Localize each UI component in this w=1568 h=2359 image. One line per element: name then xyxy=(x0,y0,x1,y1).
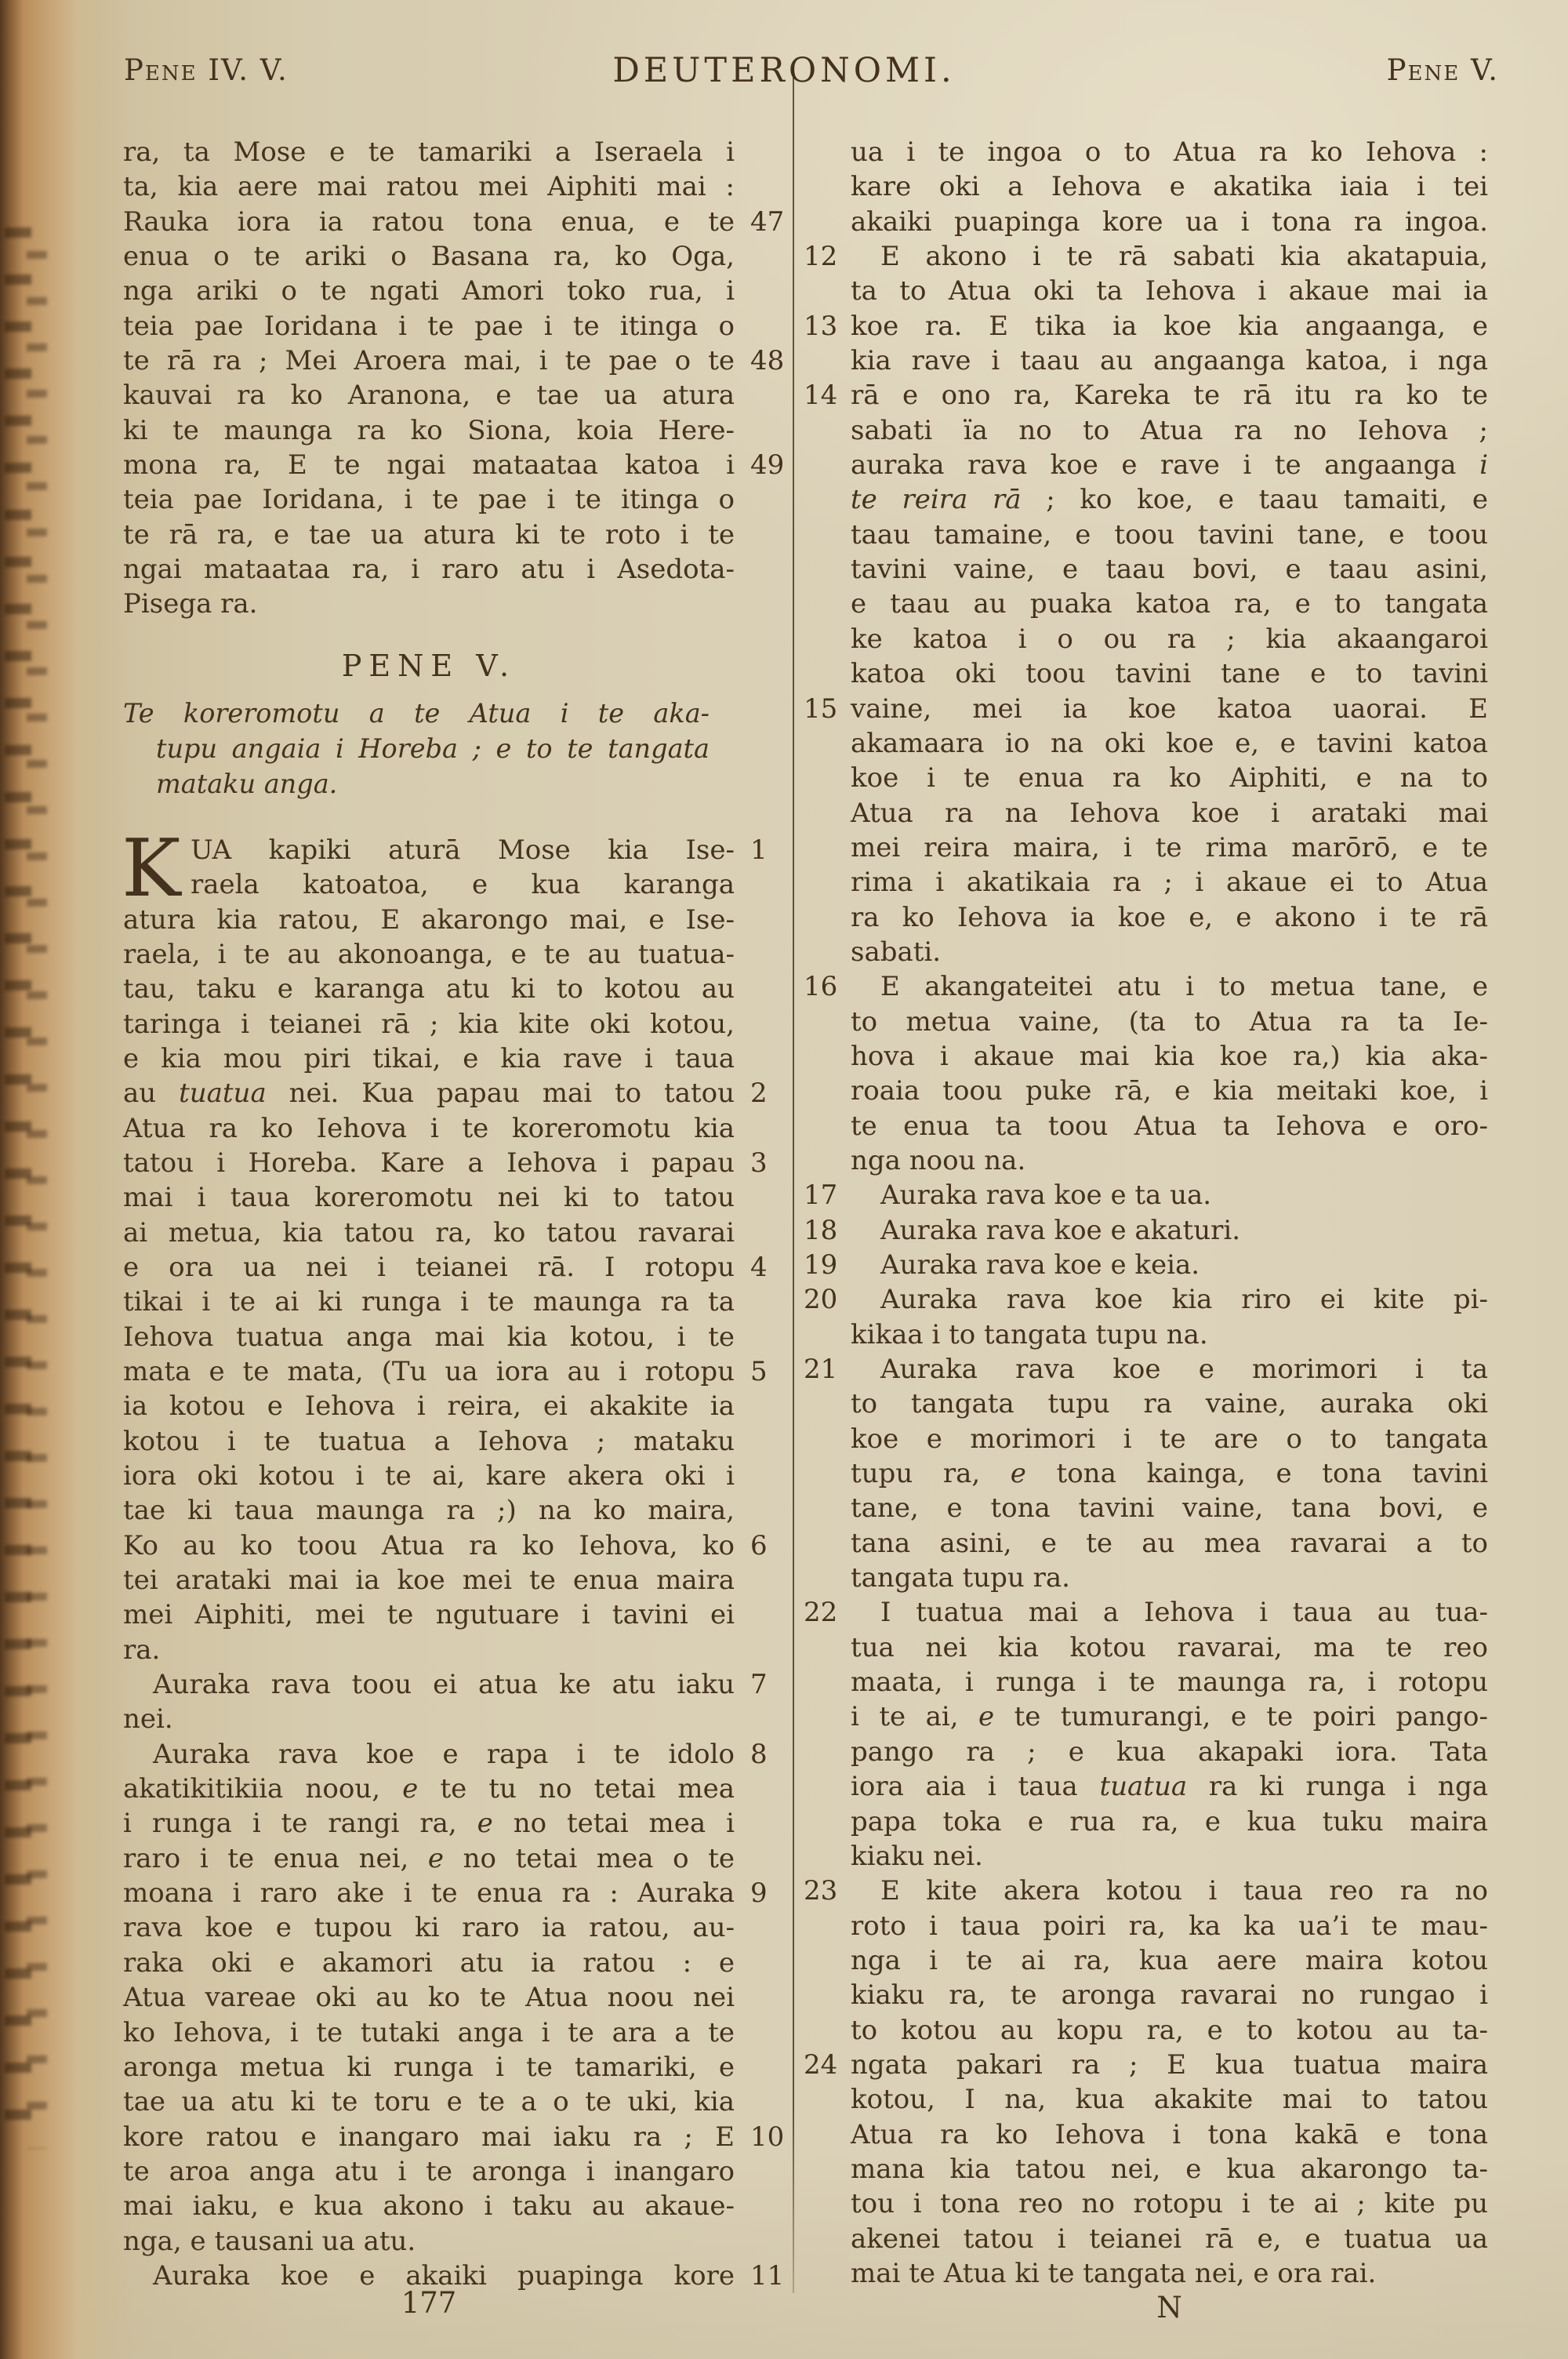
text-line: akatikitikiia noou, e te tu no tetai mea xyxy=(123,1772,735,1806)
verse-number: 10 xyxy=(750,2120,797,2154)
text-line: nga i te ai ra, kua aere maira kotou xyxy=(851,1943,1488,1978)
text-line: Atua ra ko Iehova i te koreromotu kia xyxy=(123,1111,735,1146)
line-text: tua nei kia kotou ravarai, ma te reo xyxy=(851,1632,1488,1663)
text-line: roaia toou puke rā, e kia meitaki koe, i xyxy=(851,1074,1488,1108)
text-line: koe i te enua ra ko Aiphiti, e na to xyxy=(851,761,1488,795)
line-text: tangata tupu ra. xyxy=(851,1562,1070,1594)
verse-number: 1 xyxy=(750,833,797,867)
line-text: ia kotou e Iehova i reira, ei akakite ia xyxy=(123,1390,735,1422)
verse-number: 8 xyxy=(750,1737,797,1772)
text-line: kotou, I na, kua akakite mai to tatou xyxy=(851,2082,1488,2117)
text-line: ia kotou e Iehova i reira, ei akakite ia xyxy=(123,1389,735,1423)
line-text: koe e morimori i te are o to tangata xyxy=(851,1423,1488,1455)
verse-number: 22 xyxy=(804,1595,840,1630)
line-text: raka oki e akamori atu ia ratou : e xyxy=(123,1947,735,1979)
text-line: rima i akatikaia ra ; i akaue ei to Atua xyxy=(851,865,1488,900)
line-text: E kite akera kotou i taua reo ra no xyxy=(851,1875,1488,1906)
verse-number: 23 xyxy=(804,1874,840,1908)
line-text: nga i te ai ra, kua aere maira kotou xyxy=(851,1945,1488,1976)
text-line: raka oki e akamori atu ia ratou : e xyxy=(123,1946,735,1980)
line-text: Auraka rava koe e rapa i te idolo xyxy=(123,1739,735,1770)
line-text: kare oki a Iehova e akatika iaia i tei xyxy=(851,171,1488,202)
line-text: atura kia ratou, E akarongo mai, e Ise- xyxy=(123,904,735,936)
text-line: maata, i runga i te maunga ra, i rotopu xyxy=(851,1665,1488,1699)
text-line: 1KUA kapiki aturā Mose kia Ise- xyxy=(123,833,735,867)
text-line: 23E kite akera kotou i taua reo ra no xyxy=(851,1874,1488,1908)
text-line: 7Auraka rava toou ei atua ke atu iaku xyxy=(123,1667,735,1702)
text-line: tau, taku e karanga atu ki to kotou au xyxy=(123,972,735,1006)
text-line: 12E akono i te rā sabati kia akatapuia, xyxy=(851,239,1488,274)
line-text: Atua ra ko Iehova i tona kakā e tona xyxy=(851,2119,1488,2150)
verse-number: 4 xyxy=(750,1250,797,1285)
text-line: tupu ra, e tona kainga, e tona tavini xyxy=(851,1456,1488,1491)
line-text: kotou, I na, kua akakite mai to tatou xyxy=(851,2084,1488,2115)
text-line: 18Auraka rava koe e akaturi. xyxy=(851,1213,1488,1248)
text-line: tei arataki mai ia koe mei te enua maira xyxy=(123,1563,735,1598)
line-text: mata e te mata, (Tu ua iora au i rotopu xyxy=(123,1356,735,1387)
verse-number: 48 xyxy=(750,343,797,378)
text-line: taringa i teianei rā ; kia kite oki koto… xyxy=(123,1007,735,1041)
line-text: E akono i te rā sabati kia akatapuia, xyxy=(851,241,1488,272)
line-text: papa toka e rua ra, e kua tuku maira xyxy=(851,1806,1488,1837)
line-text: UA kapiki aturā Mose kia Ise- xyxy=(191,834,735,866)
text-line: kiaku ra, te aronga ravarai no rungao i xyxy=(851,1978,1488,2012)
line-text: enua o te ariki o Basana ra, ko Oga, xyxy=(123,241,735,272)
line-text: ai metua, kia tatou ra, ko tatou ravarai xyxy=(123,1217,735,1249)
line-text: kikaa i to tangata tupu na. xyxy=(851,1319,1208,1350)
text-line: 6Ko au ko toou Atua ra ko Iehova, ko xyxy=(123,1528,735,1563)
line-text: te reira rā ; ko koe, e taau tamaiti, e xyxy=(851,484,1488,515)
line-text: E akangateitei atu i to metua tane, e xyxy=(851,971,1488,1002)
text-line: hova i akaue mai kia koe ra,) kia aka- xyxy=(851,1039,1488,1074)
line-text: e taau au puaka katoa ra, e to tangata xyxy=(851,588,1488,620)
line-text: teia pae Ioridana i te pae i te itinga o xyxy=(123,311,735,342)
text-line: 17Auraka rava koe e ta ua. xyxy=(851,1178,1488,1212)
text-line: 14rā e ono ra, Kareka te rā itu ra ko te xyxy=(851,378,1488,413)
text-line: kia rave i taau au angaanga katoa, i nga xyxy=(851,343,1488,378)
line-text: nga, e tausani ua atu. xyxy=(123,2226,416,2257)
line-text: to metua vaine, (ta to Atua ra ta Ie- xyxy=(851,1006,1488,1038)
chapter-subtitle-line: tupu angaia i Horeba ; e to te tangata xyxy=(123,731,710,766)
printer-signature-mark: N xyxy=(851,2288,1488,2328)
text-line: ra. xyxy=(123,1633,735,1667)
line-text: Pisega ra. xyxy=(123,588,258,620)
line-text: rā e ono ra, Kareka te rā itu ra ko te xyxy=(851,380,1488,411)
line-text: raela, i te au akonoanga, e te au tuatua… xyxy=(123,939,735,970)
line-text: ta to Atua oki ta Iehova i akaue mai ia xyxy=(851,275,1488,307)
line-text: tou i tona reo no rotopu i te ai ; kite … xyxy=(851,2188,1488,2219)
text-line: to kotou au kopu ra, e to kotou au ta- xyxy=(851,2013,1488,2048)
text-line: e taau au puaka katoa ra, e to tangata xyxy=(851,587,1488,621)
text-line: 21Auraka rava koe e morimori i ta xyxy=(851,1352,1488,1387)
text-line: 2au tuatua nei. Kua papau mai to tatou xyxy=(123,1076,735,1110)
text-line: teia pae Ioridana, i te pae i te itinga … xyxy=(123,482,735,517)
line-text: rima i akatikaia ra ; i akaue ei to Atua xyxy=(851,867,1488,898)
verse-number: 9 xyxy=(750,1876,797,1910)
line-text: hova i akaue mai kia koe ra,) kia aka- xyxy=(851,1041,1488,1072)
verse-number: 21 xyxy=(804,1352,840,1387)
text-line: tae ki taua maunga ra ;) na ko maira, xyxy=(123,1493,735,1528)
text-line: e kia mou piri tikai, e kia rave i taua xyxy=(123,1041,735,1076)
text-line: roto i taua poiri ra, ka ka ua’i te mau- xyxy=(851,1909,1488,1943)
line-text: aronga metua ki runga i te tamariki, e xyxy=(123,2052,735,2083)
text-line: sabati ïa no to Atua ra no Iehova ; xyxy=(851,413,1488,448)
verse-number: 2 xyxy=(750,1076,797,1110)
line-text: Ko au ko toou Atua ra ko Iehova, ko xyxy=(123,1530,735,1561)
text-line: nga noou na. xyxy=(851,1143,1488,1178)
line-text: i te ai, e te tumurangi, e te poiri pang… xyxy=(851,1701,1488,1732)
text-line: mei reira maira, i te rima marōrō, e te xyxy=(851,831,1488,865)
text-line: taau tamaine, e toou tavini tane, e toou xyxy=(851,518,1488,552)
line-text: maata, i runga i te maunga ra, i rotopu xyxy=(851,1667,1488,1698)
line-text: i runga i te rangi ra, e no tetai mea i xyxy=(123,1808,735,1839)
line-text: ngai mataataa ra, i raro atu i Asedota- xyxy=(123,554,735,585)
line-text: teia pae Ioridana, i te pae i te itinga … xyxy=(123,484,735,515)
page-number: 177 xyxy=(123,2284,735,2323)
line-text: akaiki puapinga kore ua i tona ra ingoa. xyxy=(851,206,1488,238)
text-line: koe e morimori i te are o to tangata xyxy=(851,1422,1488,1456)
text-line: 9moana i raro ake i te enua ra : Auraka xyxy=(123,1876,735,1910)
text-line: ke katoa i o ou ra ; kia akaangaroi xyxy=(851,622,1488,656)
running-header-right: Pene V. xyxy=(1387,45,1499,96)
text-line: Atua ra na Iehova koe i arataki mai xyxy=(851,796,1488,831)
line-text: tavini vaine, e taau bovi, e taau asini, xyxy=(851,554,1488,585)
chapter-heading: PENE V. xyxy=(123,636,735,696)
text-line: nei. xyxy=(123,1702,735,1736)
text-line: i runga i te rangi ra, e no tetai mea i xyxy=(123,1806,735,1841)
line-text: koe i te enua ra ko Aiphiti, e na to xyxy=(851,762,1488,794)
line-text: Auraka rava koe e morimori i ta xyxy=(851,1354,1488,1385)
text-line: tou i tona reo no rotopu i te ai ; kite … xyxy=(851,2186,1488,2221)
line-text: ki te maunga ra ko Siona, koia Here- xyxy=(123,415,735,446)
line-text: kotou i te tuatua a Iehova ; mataku xyxy=(123,1426,735,1457)
text-line: mai te Atua ki te tangata nei, e ora rai… xyxy=(851,2256,1488,2291)
verse-number: 47 xyxy=(750,205,797,239)
text-line: ko Iehova, i te tutaki anga i te ara a t… xyxy=(123,2016,735,2050)
text-line: ai metua, kia tatou ra, ko tatou ravarai xyxy=(123,1216,735,1250)
line-text: tana asini, e te au mea ravarai a to xyxy=(851,1528,1488,1559)
line-text: Auraka rava koe e akaturi. xyxy=(851,1215,1240,1246)
verse-number: 12 xyxy=(804,239,840,274)
text-line: atura kia ratou, E akarongo mai, e Ise- xyxy=(123,903,735,937)
line-text: pango ra ; e kua akapaki iora. Tata xyxy=(851,1736,1488,1768)
verse-number: 11 xyxy=(750,2259,797,2293)
text-line: tane, e tona tavini vaine, tana bovi, e xyxy=(851,1491,1488,1525)
text-line: mai iaku, e kua akono i taku au akaue- xyxy=(123,2189,735,2223)
verse-number: 19 xyxy=(804,1248,840,1282)
text-line: mana kia tatou nei, e kua akarongo ta- xyxy=(851,2152,1488,2186)
line-text: Atua ra na Iehova koe i arataki mai xyxy=(851,798,1488,829)
text-line: raela, i te au akonoanga, e te au tuatua… xyxy=(123,937,735,972)
text-line: 22I tuatua mai a Iehova i taua au tua- xyxy=(851,1595,1488,1630)
page-gutter-edge xyxy=(0,0,133,2359)
line-text: mei reira maira, i te rima marōrō, e te xyxy=(851,832,1488,863)
line-text: iora oki kotou i te ai, kare akera oki i xyxy=(123,1460,735,1492)
line-text: ko Iehova, i te tutaki anga i te ara a t… xyxy=(123,2017,735,2048)
text-line: ra ko Iehova ia koe e, e akono i te rā xyxy=(851,900,1488,935)
line-text: nei. xyxy=(123,1703,173,1735)
line-text: katoa oki toou tavini tane e to tavini xyxy=(851,658,1488,689)
line-text: taringa i teianei rā ; kia kite oki koto… xyxy=(123,1009,735,1040)
verse-number: 7 xyxy=(750,1667,797,1702)
book-page-scan: Pene IV. V. DEUTERONOMI. Pene V. ra, ta … xyxy=(0,0,1568,2359)
text-line: rava koe e tupou ki raro ia ratou, au- xyxy=(123,1910,735,1945)
line-text: I tuatua mai a Iehova i taua au tua- xyxy=(851,1597,1488,1628)
verse-number: 49 xyxy=(750,448,797,482)
text-line: ua i te ingoa o to Atua ra ko Iehova : xyxy=(851,135,1488,169)
text-line: kare oki a Iehova e akatika iaia i tei xyxy=(851,169,1488,204)
verse-number: 24 xyxy=(804,2048,840,2082)
line-text: akamaara io na oki koe e, e tavini katoa xyxy=(851,728,1488,759)
verse-number: 14 xyxy=(804,378,840,413)
verse-number: 5 xyxy=(750,1354,797,1389)
line-text: ra, ta Mose e te tamariki a Iseraela i xyxy=(123,136,735,168)
text-line: mai i taua koreromotu nei ki to tatou xyxy=(123,1180,735,1215)
line-text: Rauka iora ia ratou tona enua, e te xyxy=(123,206,735,238)
line-text: tatou i Horeba. Kare a Iehova i papau xyxy=(123,1147,735,1179)
text-line: nga, e tausani ua atu. xyxy=(123,2224,735,2259)
text-line: iora aia i taua tuatua ra ki runga i nga xyxy=(851,1769,1488,1804)
text-line: ngai mataataa ra, i raro atu i Asedota- xyxy=(123,552,735,587)
text-line: kiaku nei. xyxy=(851,1839,1488,1874)
line-text: te enua ta toou Atua ta Iehova e oro- xyxy=(851,1110,1488,1142)
line-text: Iehova tuatua anga mai kia kotou, i te xyxy=(123,1321,735,1353)
text-line: raela katoatoa, e kua karanga xyxy=(123,867,735,902)
line-text: te aroa anga atu i te aronga i inangaro xyxy=(123,2156,735,2187)
text-line: nga ariki o te ngati Amori toko rua, i xyxy=(123,274,735,308)
line-text: tane, e tona tavini vaine, tana bovi, e xyxy=(851,1492,1488,1524)
text-line: i te ai, e te tumurangi, e te poiri pang… xyxy=(851,1699,1488,1734)
text-line: tua nei kia kotou ravarai, ma te reo xyxy=(851,1630,1488,1665)
text-line: aronga metua ki runga i te tamariki, e xyxy=(123,2050,735,2085)
text-line: 48te rā ra ; Mei Aroera mai, i te pae o … xyxy=(123,343,735,378)
text-line: mei Aiphiti, mei te ngutuare i tavini ei xyxy=(123,1598,735,1632)
text-line: Pisega ra. xyxy=(123,587,735,621)
verse-number: 15 xyxy=(804,692,840,726)
line-text: sabati. xyxy=(851,936,941,968)
line-text: Auraka rava koe e keia. xyxy=(851,1249,1200,1281)
chapter-subtitle-line: mataku anga. xyxy=(123,766,710,801)
line-text: Auraka rava toou ei atua ke atu iaku xyxy=(123,1669,735,1700)
text-line: pango ra ; e kua akapaki iora. Tata xyxy=(851,1735,1488,1769)
line-text: mai i taua koreromotu nei ki to tatou xyxy=(123,1182,735,1213)
line-text: Auraka rava koe e ta ua. xyxy=(851,1179,1211,1211)
text-line: 16E akangateitei atu i to metua tane, e xyxy=(851,969,1488,1004)
text-line: tana asini, e te au mea ravarai a to xyxy=(851,1526,1488,1561)
text-line: te rā ra, e tae ua atura ki te roto i te xyxy=(123,518,735,552)
line-text: te rā ra ; Mei Aroera mai, i te pae o te xyxy=(123,345,735,376)
text-line: 24ngata pakari ra ; E kua tuatua maira xyxy=(851,2048,1488,2082)
line-text: Auraka rava koe kia riro ei kite pi- xyxy=(851,1284,1488,1315)
line-text: Atua vareae oki au ko te Atua noou nei xyxy=(123,1982,735,2013)
line-text: nga ariki o te ngati Amori toko rua, i xyxy=(123,275,735,307)
line-text: raro i te enua nei, e no tetai mea o te xyxy=(123,1843,735,1874)
line-text: te rā ra, e tae ua atura ki te roto i te xyxy=(123,519,735,551)
text-line: Iehova tuatua anga mai kia kotou, i te xyxy=(123,1320,735,1354)
text-line: te enua ta toou Atua ta Iehova e oro- xyxy=(851,1109,1488,1143)
line-text: e kia mou piri tikai, e kia rave i taua xyxy=(123,1043,735,1074)
line-text: roaia toou puke rā, e kia meitaki koe, i xyxy=(851,1075,1488,1107)
text-line: 47Rauka iora ia ratou tona enua, e te xyxy=(123,205,735,239)
line-text: ke katoa i o ou ra ; kia akaangaroi xyxy=(851,623,1488,655)
verse-number: 20 xyxy=(804,1282,840,1317)
line-text: akenei tatou i teianei rā e, e tuatua ua xyxy=(851,2223,1488,2255)
line-text: taau tamaine, e toou tavini tane, e toou xyxy=(851,519,1488,551)
line-text: kore ratou e inangaro mai iaku ra ; E xyxy=(123,2121,735,2153)
line-text: kia rave i taau au angaanga katoa, i nga xyxy=(851,345,1488,376)
text-line: Atua vareae oki au ko te Atua noou nei xyxy=(123,1980,735,2015)
line-text: kiaku nei. xyxy=(851,1841,983,1872)
verse-number: 18 xyxy=(804,1213,840,1248)
line-text: mai te Atua ki te tangata nei, e ora rai… xyxy=(851,2258,1376,2289)
text-line: te aroa anga atu i te aronga i inangaro xyxy=(123,2154,735,2189)
line-text: mana kia tatou nei, e kua akarongo ta- xyxy=(851,2154,1488,2185)
line-text: kauvai ra ko Aranona, e tae ua atura xyxy=(123,380,735,411)
text-line: ta, kia aere mai ratou mei Aiphiti mai : xyxy=(123,169,735,204)
text-line: tikai i te ai ki runga i te maunga ra ta xyxy=(123,1285,735,1319)
line-text: akatikitikiia noou, e te tu no tetai mea xyxy=(123,1773,735,1805)
text-line: papa toka e rua ra, e kua tuku maira xyxy=(851,1805,1488,1839)
text-line: 3tatou i Horeba. Kare a Iehova i papau xyxy=(123,1146,735,1180)
text-line: 49mona ra, E te ngai mataataa katoa i xyxy=(123,448,735,482)
text-line: akamaara io na oki koe e, e tavini katoa xyxy=(851,726,1488,761)
text-line: ta to Atua oki ta Iehova i akaue mai ia xyxy=(851,274,1488,308)
line-text: tau, taku e karanga atu ki to kotou au xyxy=(123,973,735,1005)
text-line: akaiki puapinga kore ua i tona ra ingoa. xyxy=(851,205,1488,239)
text-line: akenei tatou i teianei rā e, e tuatua ua xyxy=(851,2222,1488,2256)
line-text: mei Aiphiti, mei te ngutuare i tavini ei xyxy=(123,1599,735,1630)
text-line: tavini vaine, e taau bovi, e taau asini, xyxy=(851,552,1488,587)
text-line: iora oki kotou i te ai, kare akera oki i xyxy=(123,1459,735,1493)
text-line: 20Auraka rava koe kia riro ei kite pi- xyxy=(851,1282,1488,1317)
line-text: ra ko Iehova ia koe e, e akono i te rā xyxy=(851,902,1488,933)
line-text: vaine, mei ia koe katoa uaorai. E xyxy=(851,693,1488,725)
text-line: 10kore ratou e inangaro mai iaku ra ; E xyxy=(123,2120,735,2154)
line-text: to tangata tupu ra vaine, auraka oki xyxy=(851,1388,1488,1419)
text-line: 5mata e te mata, (Tu ua iora au i rotopu xyxy=(123,1354,735,1389)
line-text: mona ra, E te ngai mataataa katoa i xyxy=(123,449,735,481)
text-line: te reira rā ; ko koe, e taau tamaiti, e xyxy=(851,482,1488,517)
text-line: to metua vaine, (ta to Atua ra ta Ie- xyxy=(851,1005,1488,1039)
text-line: enua o te ariki o Basana ra, ko Oga, xyxy=(123,239,735,274)
running-header: Pene IV. V. DEUTERONOMI. Pene V. xyxy=(0,45,1568,96)
verse-number: 16 xyxy=(804,969,840,1004)
line-text: ua i te ingoa o to Atua ra ko Iehova : xyxy=(851,136,1488,168)
line-text: tupu ra, e tona kainga, e tona tavini xyxy=(851,1458,1488,1489)
line-text: koe ra. E tika ia koe kia angaanga, e xyxy=(851,311,1488,342)
text-line: ra, ta Mose e te tamariki a Iseraela i xyxy=(123,135,735,169)
line-text: kiaku ra, te aronga ravarai no rungao i xyxy=(851,1979,1488,2011)
running-header-title: DEUTERONOMI. xyxy=(0,45,1568,96)
line-text: sabati ïa no to Atua ra no Iehova ; xyxy=(851,415,1488,446)
line-text: ra. xyxy=(123,1634,160,1666)
line-text: auraka rava koe e rave i te angaanga i xyxy=(851,449,1488,481)
text-line: kauvai ra ko Aranona, e tae ua atura xyxy=(123,378,735,413)
line-text: e ora ua nei i teianei rā. I rotopu xyxy=(123,1252,735,1283)
chapter-subtitle: Te koreromotu a te Atua i te aka-tupu an… xyxy=(123,696,735,801)
chapter-subtitle-line: Te koreromotu a te Atua i te aka- xyxy=(123,696,710,731)
text-line: to tangata tupu ra vaine, auraka oki xyxy=(851,1387,1488,1421)
line-text: nga noou na. xyxy=(851,1145,1025,1176)
text-line: Atua ra ko Iehova i tona kakā e tona xyxy=(851,2117,1488,2152)
line-text: tae ua atu ki te toru e te a o te uki, k… xyxy=(123,2086,735,2117)
line-text: tei arataki mai ia koe mei te enua maira xyxy=(123,1565,735,1596)
text-line: ki te maunga ra ko Siona, koia Here- xyxy=(123,413,735,448)
right-column: ua i te ingoa o to Atua ra ko Iehova :ka… xyxy=(851,135,1488,2291)
line-text: Atua ra ko Iehova i te koreromotu kia xyxy=(123,1113,735,1144)
text-line: kikaa i to tangata tupu na. xyxy=(851,1318,1488,1352)
text-line: sabati. xyxy=(851,935,1488,969)
text-line: raro i te enua nei, e no tetai mea o te xyxy=(123,1841,735,1876)
verse-number: 13 xyxy=(804,309,840,343)
verse-number: 3 xyxy=(750,1146,797,1180)
left-column: ra, ta Mose e te tamariki a Iseraela ita… xyxy=(123,135,735,2293)
text-line: auraka rava koe e rave i te angaanga i xyxy=(851,448,1488,482)
line-text: mai iaku, e kua akono i taku au akaue- xyxy=(123,2190,735,2222)
line-text: ngata pakari ra ; E kua tuatua maira xyxy=(851,2049,1488,2081)
text-line: tae ua atu ki te toru e te a o te uki, k… xyxy=(123,2085,735,2119)
verse-number: 17 xyxy=(804,1178,840,1212)
line-text: to kotou au kopu ra, e to kotou au ta- xyxy=(851,2015,1488,2046)
line-text: rava koe e tupou ki raro ia ratou, au- xyxy=(123,1912,735,1943)
text-line: kotou i te tuatua a Iehova ; mataku xyxy=(123,1424,735,1459)
line-text: raela katoatoa, e kua karanga xyxy=(191,869,735,900)
text-line: 13koe ra. E tika ia koe kia angaanga, e xyxy=(851,309,1488,343)
line-text: iora aia i taua tuatua ra ki runga i nga xyxy=(851,1771,1488,1802)
text-line: tangata tupu ra. xyxy=(851,1561,1488,1595)
line-text: tae ki taua maunga ra ;) na ko maira, xyxy=(123,1495,735,1526)
line-text: ta, kia aere mai ratou mei Aiphiti mai : xyxy=(123,171,735,202)
text-line: teia pae Ioridana i te pae i te itinga o xyxy=(123,309,735,343)
text-line: katoa oki toou tavini tane e to tavini xyxy=(851,656,1488,691)
text-line: 8Auraka rava koe e rapa i te idolo xyxy=(123,1737,735,1772)
line-text: au tuatua nei. Kua papau mai to tatou xyxy=(123,1078,735,1109)
verse-number: 6 xyxy=(750,1528,797,1563)
text-line: 4e ora ua nei i teianei rā. I rotopu xyxy=(123,1250,735,1285)
line-text: tikai i te ai ki runga i te maunga ra ta xyxy=(123,1286,735,1318)
line-text: roto i taua poiri ra, ka ka ua’i te mau- xyxy=(851,1910,1488,1942)
line-text: moana i raro ake i te enua ra : Auraka xyxy=(123,1877,735,1909)
text-line: 15vaine, mei ia koe katoa uaorai. E xyxy=(851,692,1488,726)
text-line: 19Auraka rava koe e keia. xyxy=(851,1248,1488,1282)
